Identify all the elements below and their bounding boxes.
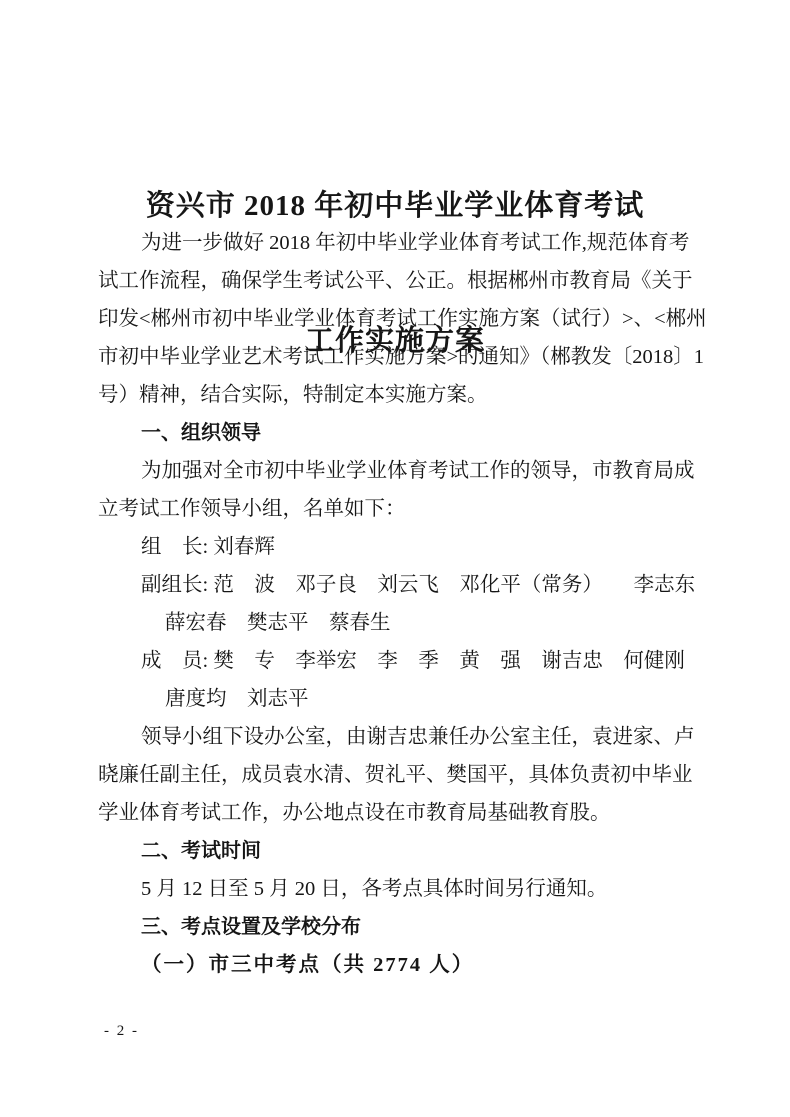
section3-heading: 三、考点设置及学校分布: [98, 908, 698, 946]
doc-title-line1: 资兴市 2018 年初中毕业学业体育考试: [0, 184, 790, 229]
intro-line: 印发<郴州市初中毕业学业体育考试工作实施方案（试行）>、<郴州: [98, 300, 698, 338]
doc-body: 为进一步做好 2018 年初中毕业学业体育考试工作,规范体育考 试工作流程，确保…: [98, 224, 698, 984]
document-page: 资兴市 2018 年初中毕业学业体育考试 工作实施方案 为进一步做好 2018 …: [0, 0, 790, 1117]
office-line: 学业体育考试工作，办公地点设在市教育局基础教育股。: [98, 794, 698, 832]
deputy-leaders-line: 副组长: 范 波 邓子良 刘云飞 邓化平（常务） 李志东: [98, 566, 698, 604]
section3-sub1-heading: （一）市三中考点（共 2774 人）: [98, 946, 698, 984]
section1-heading: 一、组织领导: [98, 414, 698, 452]
section2-body-line: 5 月 12 日至 5 月 20 日，各考点具体时间另行通知。: [98, 870, 698, 908]
leader-line: 组 长: 刘春辉: [98, 528, 698, 566]
intro-line: 市初中毕业学业艺术考试工作实施方案>的通知》（郴教发〔2018〕1: [98, 338, 698, 376]
intro-line: 试工作流程，确保学生考试公平、公正。根据郴州市教育局《关于: [98, 262, 698, 300]
deputy-leaders-cont: 薛宏春 樊志平 蔡春生: [98, 604, 698, 642]
section1-intro-line: 为加强对全市初中毕业学业体育考试工作的领导，市教育局成: [98, 452, 698, 490]
section2-heading: 二、考试时间: [98, 832, 698, 870]
office-line: 晓廉任副主任，成员袁水清、贺礼平、樊国平，具体负责初中毕业: [98, 756, 698, 794]
members-line: 成 员: 樊 专 李举宏 李 季 黄 强 谢吉忠 何健刚: [98, 642, 698, 680]
section1-intro-line: 立考试工作领导小组，名单如下：: [98, 490, 698, 528]
page-number: - 2 -: [104, 1023, 139, 1040]
intro-line: 为进一步做好 2018 年初中毕业学业体育考试工作,规范体育考: [98, 224, 698, 262]
intro-line: 号）精神，结合实际，特制定本实施方案。: [98, 376, 698, 414]
office-line: 领导小组下设办公室，由谢吉忠兼任办公室主任，袁进家、卢: [98, 718, 698, 756]
members-cont: 唐度均 刘志平: [98, 680, 698, 718]
